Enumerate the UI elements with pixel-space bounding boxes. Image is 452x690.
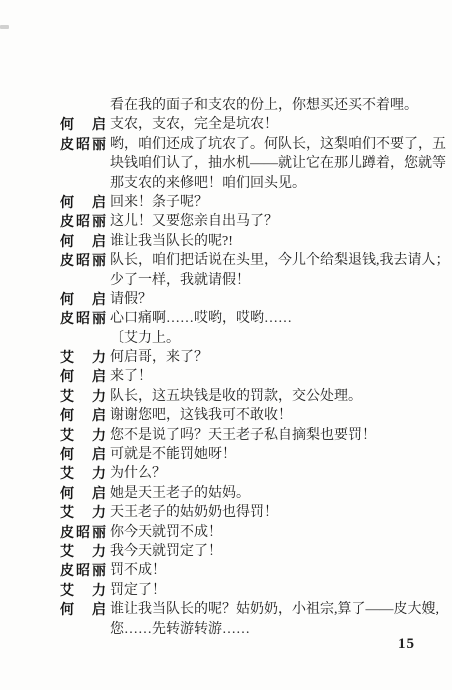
speaker-name: 艾 力 (60, 348, 106, 367)
dialogue-text: 罚定了！ (110, 581, 166, 600)
script-line: 皮昭丽这儿！又要您亲自出马了？ (60, 212, 452, 231)
dialogue-text: 块钱咱们认了，抽水机——就让它在那儿蹲着，您就等 (110, 154, 446, 173)
script-line: 皮昭丽心口痛啊……哎哟，哎哟…… (60, 309, 452, 328)
script-line: 少了一样，我就请假！ (60, 271, 452, 290)
stage-direction-text: 〔艾力上。 (110, 329, 180, 348)
speaker-name: 艾 力 (60, 387, 106, 406)
script-line: 皮昭丽队长，咱们把话说在头里，今儿个给梨退钱,我去请人； (60, 251, 452, 270)
speaker-name: 艾 力 (60, 581, 106, 600)
script-line: 那支农的来修吧！咱们回头见。 (60, 174, 452, 193)
dialogue-text: 支农，支农，完全是坑农！ (110, 115, 278, 134)
script-line: 皮昭丽哟，咱们还成了坑农了。何队长，这梨咱们不要了，五 (60, 135, 452, 154)
speaker-name: 何 启 (60, 232, 106, 251)
script-line: 皮昭丽罚不成！ (60, 561, 452, 580)
script-line: 艾 力罚定了！ (60, 581, 452, 600)
dialogue-text: 谁让我当队长的呢？姑奶奶，小祖宗,算了——皮大嫂, (110, 600, 439, 619)
script-line: 艾 力何启哥，来了？ (60, 348, 452, 367)
script-line: 何 启来了！ (60, 367, 452, 386)
dialogue-text: 我今天就罚定了！ (110, 542, 222, 561)
script-line: 艾 力为什么？ (60, 464, 452, 483)
dialogue-text: 队长，这五块钱是收的罚款，交公处理。 (110, 387, 362, 406)
speaker-name: 何 启 (60, 406, 106, 425)
dialogue-text: 回来！条子呢？ (110, 193, 208, 212)
speaker-name: 何 启 (60, 193, 106, 212)
speaker-name: 皮昭丽 (60, 561, 106, 580)
dialogue-text: 心口痛啊……哎哟，哎哟…… (110, 309, 292, 328)
dialogue-text: 请假？ (110, 290, 152, 309)
script-line: 您……先转游转游…… (60, 620, 452, 639)
script-line: 艾 力天王老子的姑奶奶也得罚！ (60, 503, 452, 522)
script-line: 块钱咱们认了，抽水机——就让它在那儿蹲着，您就等 (60, 154, 452, 173)
speaker-name: 艾 力 (60, 503, 106, 522)
dialogue-text: 您……先转游转游…… (110, 620, 250, 639)
dialogue-text: 可就是不能罚她呀！ (110, 445, 236, 464)
speaker-name: 艾 力 (60, 542, 106, 561)
dialogue-text: 为什么？ (110, 464, 166, 483)
speaker-name: 皮昭丽 (60, 135, 106, 154)
script-line: 何 启请假？ (60, 290, 452, 309)
script-line: 何 启谁让我当队长的呢？姑奶奶，小祖宗,算了——皮大嫂, (60, 600, 452, 619)
speaker-name: 皮昭丽 (60, 212, 106, 231)
script-line: 何 启她是天王老子的姑妈。 (60, 484, 452, 503)
stage-direction-line: 〔艾力上。 (60, 329, 452, 348)
dialogue-text: 来了！ (110, 367, 152, 386)
script-line: 艾 力您不是说了吗？天王老子私自摘梨也要罚！ (60, 426, 452, 445)
speaker-name: 何 启 (60, 445, 106, 464)
speaker-name: 何 启 (60, 290, 106, 309)
script-line: 何 启回来！条子呢？ (60, 193, 452, 212)
script-line: 何 启谢谢您吧，这钱我可不敢收！ (60, 406, 452, 425)
dialogue-text: 你今天就罚不成！ (110, 523, 222, 542)
dialogue-text: 天王老子的姑奶奶也得罚！ (110, 503, 278, 522)
script-line: 艾 力我今天就罚定了！ (60, 542, 452, 561)
dialogue-text: 那支农的来修吧！咱们回头见。 (110, 174, 306, 193)
dialogue-text: 这儿！又要您亲自出马了？ (110, 212, 278, 231)
script-line: 何 启可就是不能罚她呀！ (60, 445, 452, 464)
script-line: 看在我的面子和支农的份上，你想买还买不着哩。 (60, 96, 452, 115)
speaker-name: 艾 力 (60, 464, 106, 483)
dialogue-text: 谁让我当队长的呢?! (110, 232, 233, 251)
dialogue-text: 队长，咱们把话说在头里，今儿个给梨退钱,我去请人； (110, 251, 450, 270)
speaker-name: 皮昭丽 (60, 523, 106, 542)
dialogue-text: 她是天王老子的姑妈。 (110, 484, 250, 503)
dialogue-text: 您不是说了吗？天王老子私自摘梨也要罚！ (110, 426, 376, 445)
speaker-name: 艾 力 (60, 426, 106, 445)
speaker-name: 皮昭丽 (60, 251, 106, 270)
script-line: 皮昭丽你今天就罚不成！ (60, 523, 452, 542)
script-text-block: 看在我的面子和支农的份上，你想买还买不着哩。 何 启支农，支农，完全是坑农！ 皮… (60, 96, 452, 639)
speaker-name: 何 启 (60, 484, 106, 503)
speaker-name: 何 启 (60, 600, 106, 619)
dialogue-text: 何启哥，来了？ (110, 348, 208, 367)
script-line: 何 启谁让我当队长的呢?! (60, 232, 452, 251)
speaker-name: 皮昭丽 (60, 309, 106, 328)
dialogue-text: 谢谢您吧，这钱我可不敢收！ (110, 406, 292, 425)
book-page: 看在我的面子和支农的份上，你想买还买不着哩。 何 启支农，支农，完全是坑农！ 皮… (0, 0, 452, 690)
dialogue-text: 罚不成！ (110, 561, 166, 580)
speaker-name: 何 启 (60, 367, 106, 386)
dialogue-text: 看在我的面子和支农的份上，你想买还买不着哩。 (110, 96, 418, 115)
dialogue-text: 哟，咱们还成了坑农了。何队长，这梨咱们不要了，五 (110, 135, 446, 154)
scan-artifact (0, 25, 9, 29)
script-line: 何 启支农，支农，完全是坑农！ (60, 115, 452, 134)
speaker-name: 何 启 (60, 115, 106, 134)
script-line: 艾 力队长，这五块钱是收的罚款，交公处理。 (60, 387, 452, 406)
dialogue-text: 少了一样，我就请假！ (110, 271, 250, 290)
page-number: 15 (398, 636, 415, 653)
